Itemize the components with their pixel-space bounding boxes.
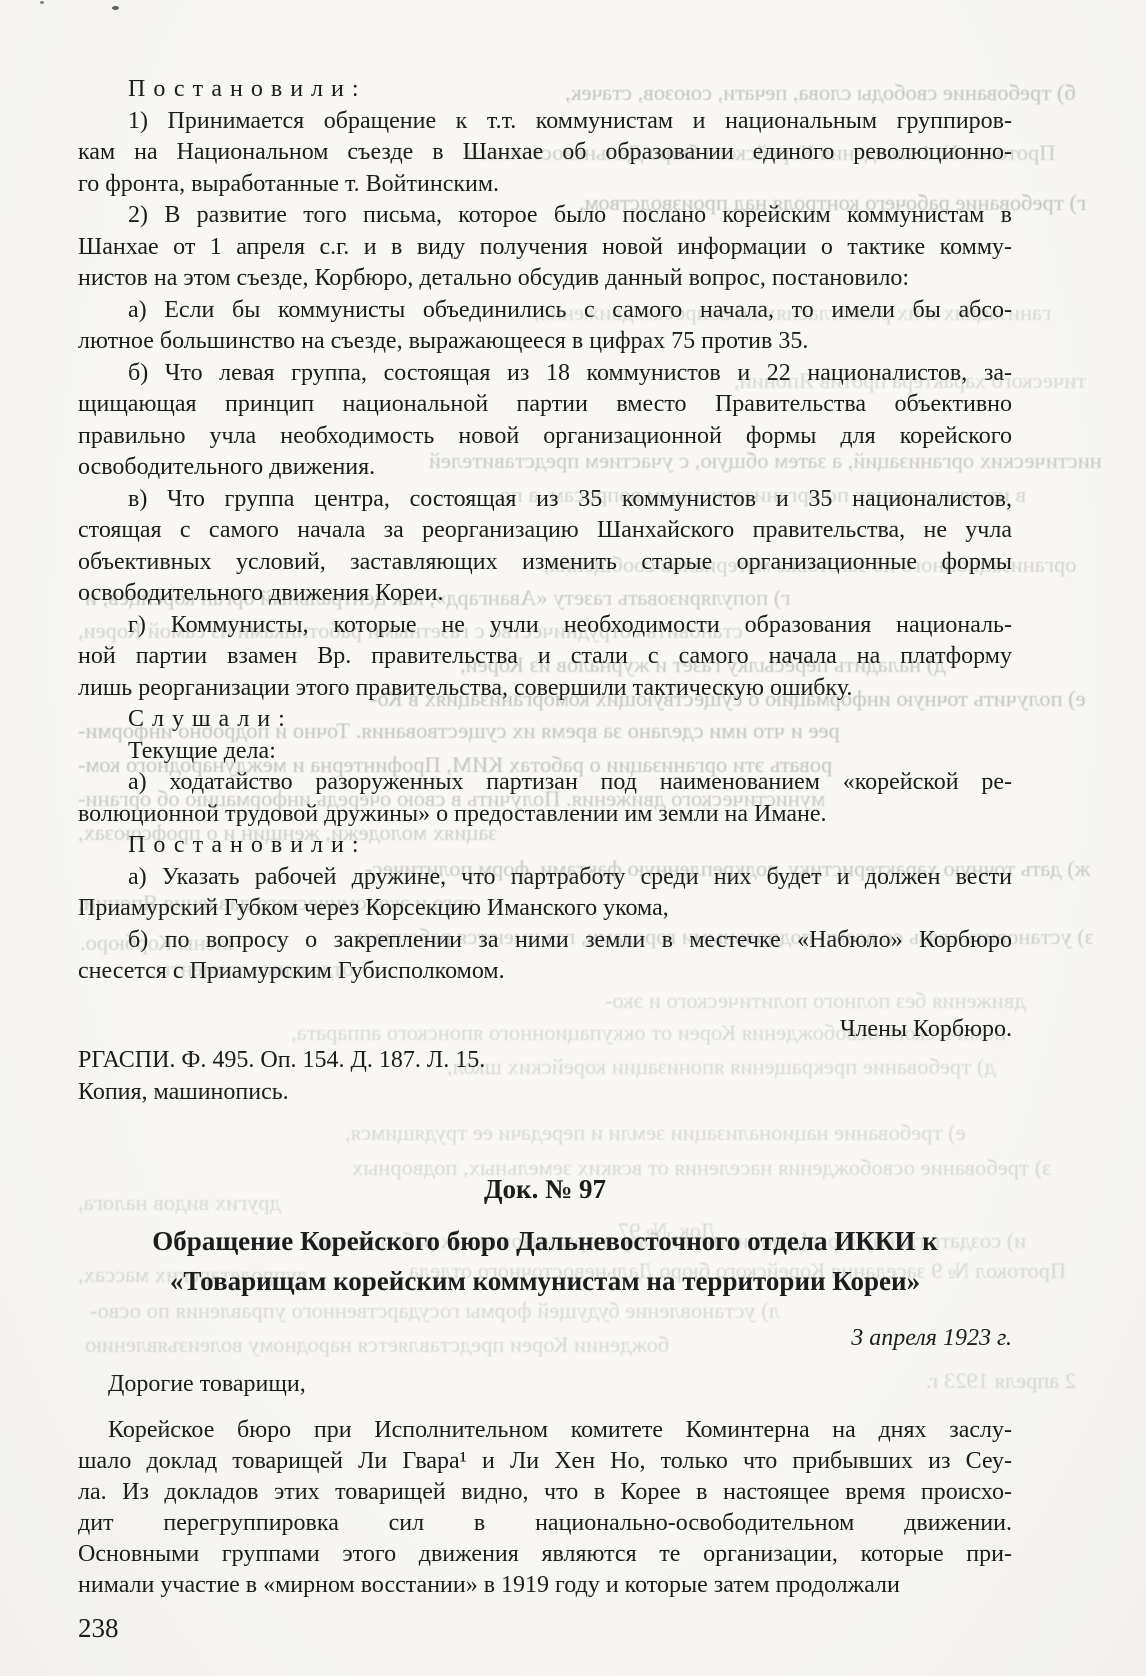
text-line: Основными группами этого движения являют… <box>78 1539 1012 1570</box>
text-line: Копия, машинопись. <box>78 1077 1012 1109</box>
text-line: в) Что группа центра, состоящая из 35 ко… <box>78 484 1012 516</box>
text-line: нимали участие в «мирном восстании» в 19… <box>78 1570 1012 1601</box>
text-line: Корейское бюро при Исполнительном комите… <box>78 1415 1012 1446</box>
text-line: а) Если бы коммунисты объединились с сам… <box>78 295 1012 327</box>
scan-speck <box>112 6 119 10</box>
spaced-heading: Постановили: <box>78 830 1012 862</box>
text-line: а) ходатайство разоруженных партизан под… <box>78 767 1012 799</box>
text-line: правильно учла необходимость новой орган… <box>78 421 1012 453</box>
text-line: волюционной трудовой дружины» о предоста… <box>78 799 1012 831</box>
paragraph: б) по вопросу о закреплении за ними земл… <box>78 925 1012 988</box>
text-line: шало доклад товарищей Ли Гвара¹ и Ли Хен… <box>78 1446 1012 1477</box>
page-number: 238 <box>78 1613 119 1644</box>
salutation: Дорогие товарищи, <box>78 1368 1012 1400</box>
document-97-number: Док. № 97 <box>78 1172 1012 1206</box>
text-line: го фронта, выработанные т. Войтинским. <box>78 169 1012 201</box>
text-line: ной партии взамен Вр. правительства и ст… <box>78 641 1012 673</box>
text-line: щищающая принцип национальной партии вме… <box>78 389 1012 421</box>
text-line: Шанхае от 1 апреля с.г. и в виду получен… <box>78 232 1012 264</box>
spaced-heading: Слушали: <box>78 704 1012 736</box>
text-line: лютное большинство на съезде, выражающее… <box>78 326 1012 358</box>
paragraph: Корейское бюро при Исполнительном комите… <box>78 1415 1012 1601</box>
title-line: «Товарищам корейским коммунистам на терр… <box>78 1261 1012 1301</box>
paragraph: а) Указать рабочей дружине, что партрабо… <box>78 862 1012 925</box>
text-line: освободительного движения Кореи. <box>78 578 1012 610</box>
text-line: РГАСПИ. Ф. 495. Оп. 154. Д. 187. Л. 15. <box>78 1045 1012 1077</box>
text-line: б) Что левая группа, состоящая из 18 ком… <box>78 358 1012 390</box>
text-line: б) по вопросу о закреплении за ними земл… <box>78 925 1012 957</box>
document-97-title: Обращение Корейского бюро Дальневосточно… <box>78 1221 1012 1301</box>
text-line: лишь реорганизации этого правительства, … <box>78 673 1012 705</box>
text-line: Текущие дела: <box>78 736 1012 768</box>
document-97-body: Корейское бюро при Исполнительном комите… <box>78 1415 1012 1601</box>
document-97-date: 3 апреля 1923 г. <box>78 1322 1012 1354</box>
text-line: 1) Принимается обращение к т.т. коммунис… <box>78 106 1012 138</box>
scan-speck <box>40 1 44 4</box>
text-line: а) Указать рабочей дружине, что партрабо… <box>78 862 1012 894</box>
scanned-document-page: б) требование свободы слова, печати, сою… <box>0 0 1146 1676</box>
text-line: объективных условий, заставляющих измени… <box>78 547 1012 579</box>
text-line: дит перегруппировка сил в национально-ос… <box>78 1508 1012 1539</box>
paragraph: а) Если бы коммунисты объединились с сам… <box>78 295 1012 358</box>
spaced-heading: Постановили: <box>78 74 1012 106</box>
text-line: г) Коммунисты, которые не учли необходим… <box>78 610 1012 642</box>
document-96-resolution: Постановили:1) Принимается обращение к т… <box>78 74 1012 1108</box>
text-line: нистов на этом съезде, Корбюро, детально… <box>78 263 1012 295</box>
paragraph: 2) В развитие того письма, которое было … <box>78 200 1012 295</box>
text-line: Члены Корбюро. <box>78 1014 1012 1046</box>
paragraph: б) Что левая группа, состоящая из 18 ком… <box>78 358 1012 484</box>
text-line: ла. Из докладов этих товарищей видно, чт… <box>78 1477 1012 1508</box>
paragraph: 1) Принимается обращение к т.т. коммунис… <box>78 106 1012 201</box>
text-line: кам на Национальном съезде в Шанхае об о… <box>78 137 1012 169</box>
paragraph: г) Коммунисты, которые не учли необходим… <box>78 610 1012 705</box>
text-line: освободительного движения. <box>78 452 1012 484</box>
paragraph: а) ходатайство разоруженных партизан под… <box>78 767 1012 830</box>
text-line: снесется с Приамурским Губисполкомом. <box>78 956 1012 988</box>
title-line: Обращение Корейского бюро Дальневосточно… <box>78 1221 1012 1261</box>
text-line: Приамурский Губком через Корсекцию Иманс… <box>78 893 1012 925</box>
page-content: Постановили:1) Принимается обращение к т… <box>78 74 1012 1601</box>
text-line: стоящая с самого начала за реорганизацию… <box>78 515 1012 547</box>
text-line: 2) В развитие того письма, которое было … <box>78 200 1012 232</box>
paragraph: в) Что группа центра, состоящая из 35 ко… <box>78 484 1012 610</box>
